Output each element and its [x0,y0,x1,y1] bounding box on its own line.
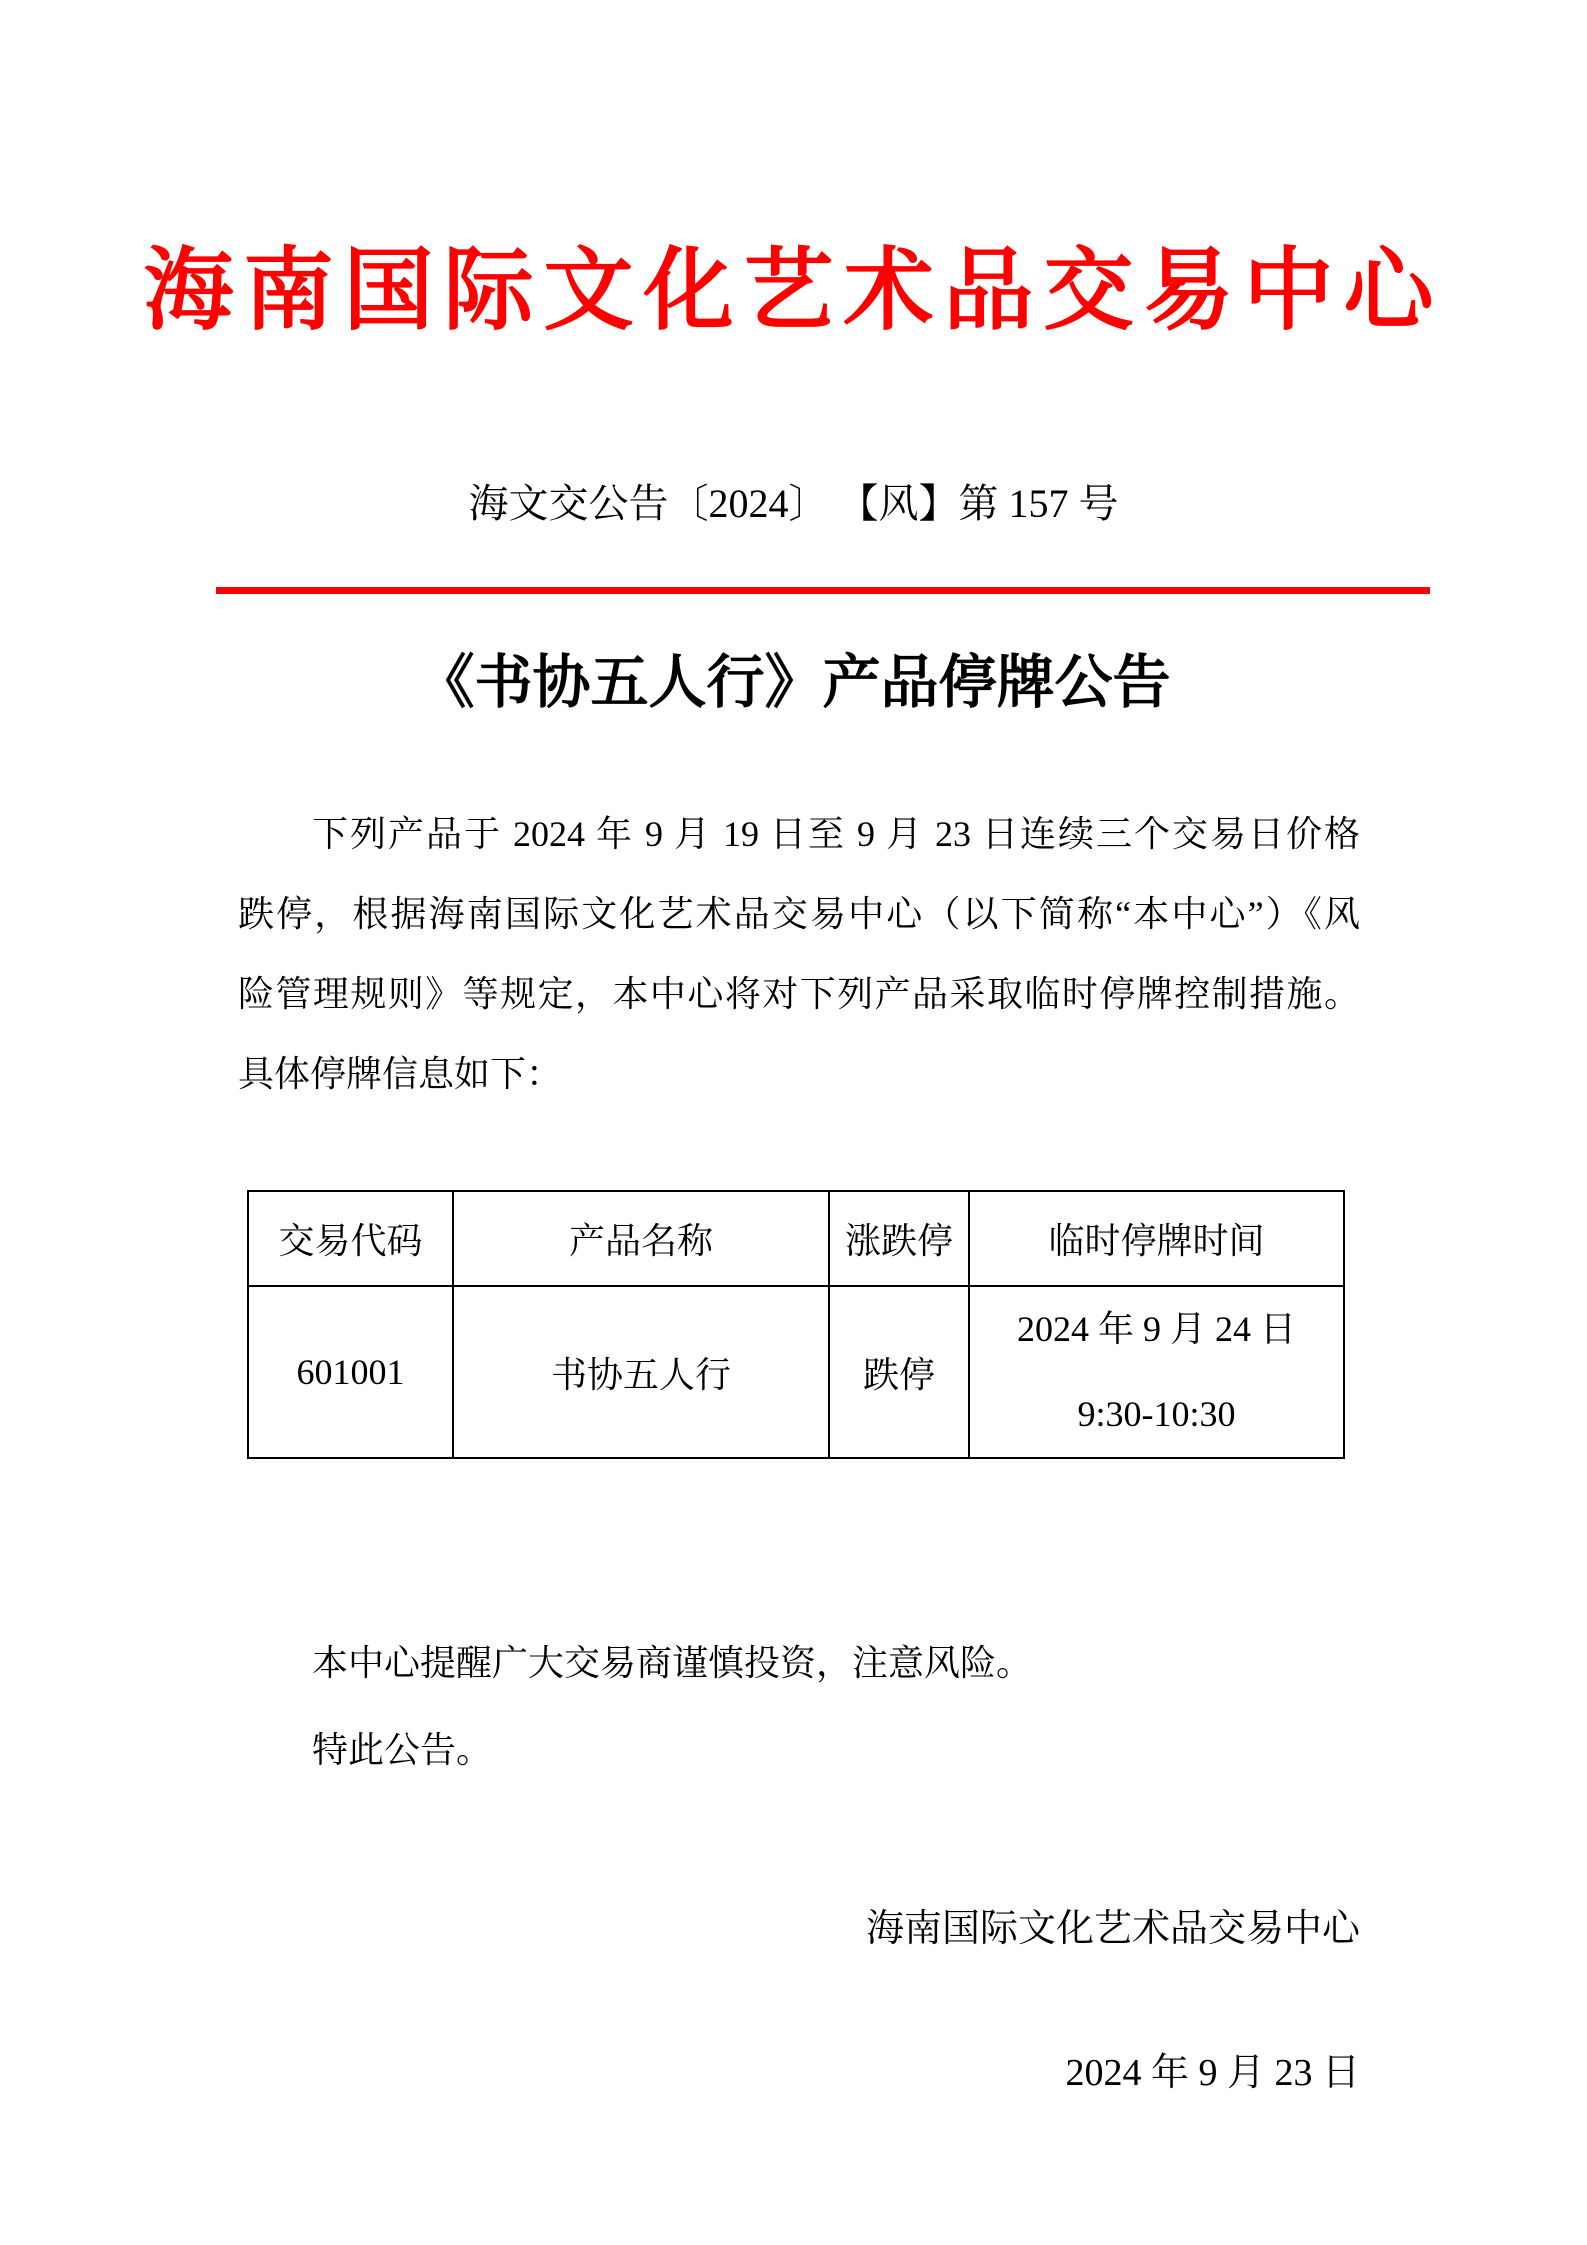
suspension-table: 交易代码 产品名称 涨跌停 临时停牌时间 601001 书协五人行 跌停 202… [247,1190,1345,1459]
header-limit-status: 涨跌停 [829,1191,969,1286]
letterhead-title: 海南国际文化艺术品交易中心 [0,234,1587,350]
header-suspension-time: 临时停牌时间 [969,1191,1344,1286]
cell-product-name: 书协五人行 [453,1286,829,1458]
table-row: 601001 书协五人行 跌停 2024 年 9 月 24 日 9:30-10:… [248,1286,1344,1458]
suspension-hours-line: 9:30-10:30 [970,1372,1343,1457]
cell-trade-code: 601001 [248,1286,453,1458]
announcement-title: 《书协五人行》产品停牌公告 [0,645,1587,721]
document-number: 海文交公告〔2024〕 【风】第 157 号 [0,478,1587,530]
header-trade-code: 交易代码 [248,1191,453,1286]
body-paragraph-line-3: 险管理规则》等规定，本中心将对下列产品采取临时停牌控制措施。 [238,954,1360,1034]
table-header-row: 交易代码 产品名称 涨跌停 临时停牌时间 [248,1191,1344,1286]
red-divider-line [216,587,1430,594]
cell-suspension-time: 2024 年 9 月 24 日 9:30-10:30 [969,1286,1344,1458]
body-paragraph: 下列产品于 2024 年 9 月 19 日至 9 月 23 日连续三个交易日价格… [238,794,1360,1114]
closing-risk-note: 本中心提醒广大交易商谨慎投资，注意风险。 [238,1623,1434,1703]
signature-organization: 海南国际文化艺术品交易中心 [0,1889,1587,1969]
suspension-date-line: 2024 年 9 月 24 日 [970,1287,1343,1372]
body-paragraph-line-2: 跌停，根据海南国际文化艺术品交易中心（以下简称“本中心”）《风 [238,874,1360,954]
signature-date: 2024 年 9 月 23 日 [0,2033,1587,2113]
body-paragraph-line-1: 下列产品于 2024 年 9 月 19 日至 9 月 23 日连续三个交易日价格 [238,794,1360,874]
closing-statement: 特此公告。 [238,1710,1434,1790]
header-product-name: 产品名称 [453,1191,829,1286]
body-paragraph-line-4: 具体停牌信息如下： [238,1034,1360,1114]
cell-limit-status: 跌停 [829,1286,969,1458]
announcement-page: 海南国际文化艺术品交易中心 海文交公告〔2024〕 【风】第 157 号 《书协… [0,0,1587,2245]
